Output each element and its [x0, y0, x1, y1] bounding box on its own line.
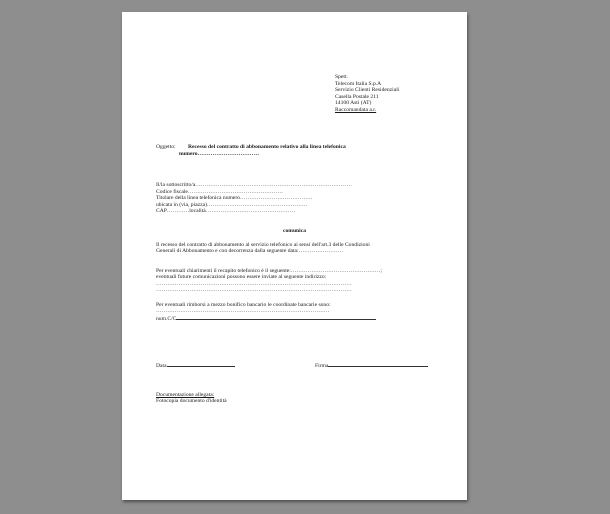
document-page: Spett. Telecom Italia S.p.A Servizio Cli… — [122, 12, 467, 500]
attachments-item: Fotocopia documento d'identità — [156, 398, 227, 404]
signature-field: Firma — [315, 362, 428, 369]
paragraph-line: Generali di Abbonamento e con decorrenza… — [156, 248, 370, 254]
subject-label: Oggetto: — [156, 144, 176, 150]
field-cap-locality: CAP…………località………………………………………… — [156, 208, 352, 215]
paragraph-line: …………………………………………………………………………………………… — [156, 287, 382, 293]
field-subscriber: Il/la sottoscritto/a……………………………………………………… — [156, 182, 352, 189]
recipient-address: Spett. Telecom Italia S.p.A Servizio Cli… — [335, 74, 399, 114]
date-label: Data — [156, 363, 167, 369]
recipient-line: Servizio Clienti Residenziali — [335, 87, 399, 94]
date-underline — [167, 362, 235, 367]
field-line-number: Titolare della linea telefonica numero……… — [156, 195, 352, 202]
paragraph-contact: Per eventuali chiarimenti il recapito te… — [156, 268, 382, 294]
attachments: Documentazione allegata: Fotocopia docum… — [156, 392, 227, 405]
paragraph-refund: Per eventuali rimborsi a mezzo bonifico … — [156, 302, 376, 322]
account-underline — [176, 315, 376, 320]
paragraph-withdrawal: Il recesso del contratto di abbonamento … — [156, 242, 370, 255]
personal-fields: Il/la sottoscritto/a……………………………………………………… — [156, 182, 352, 215]
recipient-line: Spett. — [335, 74, 399, 81]
subject-number-line: numero…………………………… — [179, 151, 259, 157]
signature-label: Firma — [315, 363, 328, 369]
account-label: num.C/C — [156, 316, 176, 322]
heading-comunica: comunica — [122, 228, 467, 234]
date-field: Data — [156, 362, 235, 369]
recipient-line: Telecom Italia S.p.A — [335, 81, 399, 88]
registered-mail-note: Raccomandata a.r. — [335, 107, 399, 114]
signature-underline — [328, 362, 428, 367]
field-address: ubicata in (via, piazza)…………………………………………… — [156, 202, 352, 209]
recipient-line: 14100 Asti (AT) — [335, 100, 399, 107]
account-line: num.C/C — [156, 315, 376, 322]
subject-text: Recesso del contratto di abbonamento rel… — [188, 144, 346, 150]
